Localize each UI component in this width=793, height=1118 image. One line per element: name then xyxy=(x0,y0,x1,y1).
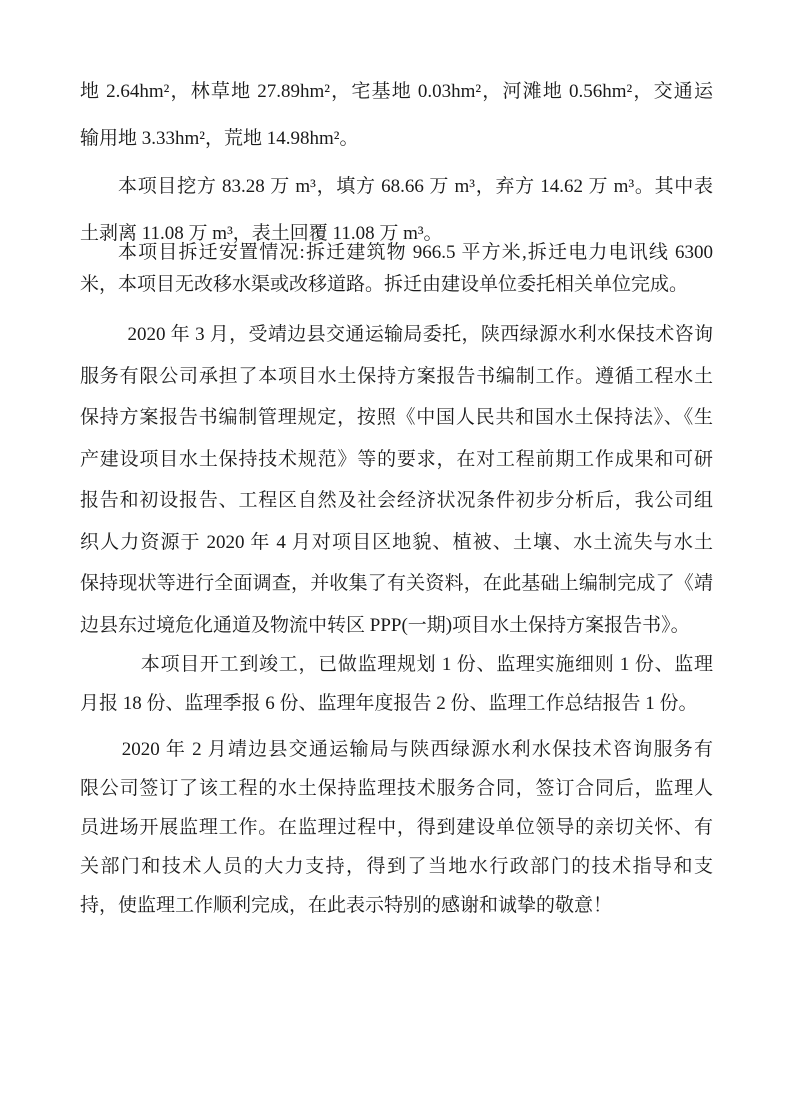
paragraph-demolition-resettlement: 本项目拆迁安置情况:拆迁建筑物 966.5 平方米,拆迁电力电讯线 6300 米… xyxy=(80,237,713,301)
text-line: 2020 年 3 月，受靖边县交通运输局委托，陕西绿源水利水保技术咨询 xyxy=(80,314,713,356)
paragraph-contract-acknowledgement: 2020 年 2 月靖边县交通运输局与陕西绿源水利水保技术咨询服务有 限公司签订… xyxy=(80,730,713,925)
text-line: 关部门和技术人员的大力支持，得到了当地水行政部门的技术指导和支 xyxy=(80,847,713,886)
text-line: 本项目拆迁安置情况:拆迁建筑物 966.5 平方米,拆迁电力电讯线 6300 xyxy=(80,237,713,269)
text-line: 米，本项目无改移水渠或改移道路。拆迁由建设单位委托相关单位完成。 xyxy=(80,269,713,301)
document-page: 地 2.64hm²，林草地 27.89hm²，宅基地 0.03hm²，河滩地 0… xyxy=(0,0,793,1118)
text-line: 产建设项目水土保持技术规范》等的要求，在对工程前期工作成果和可研 xyxy=(80,439,713,481)
text-line: 持，使监理工作顺利完成，在此表示特别的感谢和诚挚的敬意！ xyxy=(80,886,713,925)
text-line: 月报 18 份、监理季报 6 份、监理年度报告 2 份、监理工作总结报告 1 份… xyxy=(80,684,713,723)
text-line: 输用地 3.33hm²，荒地 14.98hm²。 xyxy=(80,115,713,162)
text-line: 服务有限公司承担了本项目水土保持方案报告书编制工作。遵循工程水土 xyxy=(80,356,713,398)
text-line: 报告和初设报告、工程区自然及社会经济状况条件初步分析后，我公司组 xyxy=(80,480,713,522)
paragraph-supervision-documents: 本项目开工到竣工，已做监理规划 1 份、监理实施细则 1 份、监理 月报 18 … xyxy=(80,645,713,723)
text-line: 本项目挖方 83.28 万 m³，填方 68.66 万 m³，弃方 14.62 … xyxy=(80,163,713,210)
paragraph-land-use-figures-continued: 地 2.64hm²，林草地 27.89hm²，宅基地 0.03hm²，河滩地 0… xyxy=(80,0,713,162)
text-line: 本项目开工到竣工，已做监理规划 1 份、监理实施细则 1 份、监理 xyxy=(80,645,713,684)
text-line: 边县东过境危化通道及物流中转区 PPP(一期)项目水土保持方案报告书》。 xyxy=(80,605,713,647)
text-line: 织人力资源于 2020 年 4 月对项目区地貌、植被、土壤、水土流失与水土 xyxy=(80,522,713,564)
text-line: 限公司签订了该工程的水土保持监理技术服务合同，签订合同后，监理人 xyxy=(80,769,713,808)
text-line: 2020 年 2 月靖边县交通运输局与陕西绿源水利水保技术咨询服务有 xyxy=(80,730,713,769)
text-line: 保持方案报告书编制管理规定，按照《中国人民共和国水土保持法》、《生 xyxy=(80,397,713,439)
text-line: 地 2.64hm²，林草地 27.89hm²，宅基地 0.03hm²，河滩地 0… xyxy=(80,68,713,115)
text-line: 保持现状等进行全面调查，并收集了有关资料，在此基础上编制完成了《靖 xyxy=(80,563,713,605)
page-content: 地 2.64hm²，林草地 27.89hm²，宅基地 0.03hm²，河滩地 0… xyxy=(80,0,713,925)
paragraph-plan-compilation: 2020 年 3 月，受靖边县交通运输局委托，陕西绿源水利水保技术咨询 服务有限… xyxy=(80,314,713,646)
text-line: 员进场开展监理工作。在监理过程中，得到建设单位领导的亲切关怀、有 xyxy=(80,808,713,847)
